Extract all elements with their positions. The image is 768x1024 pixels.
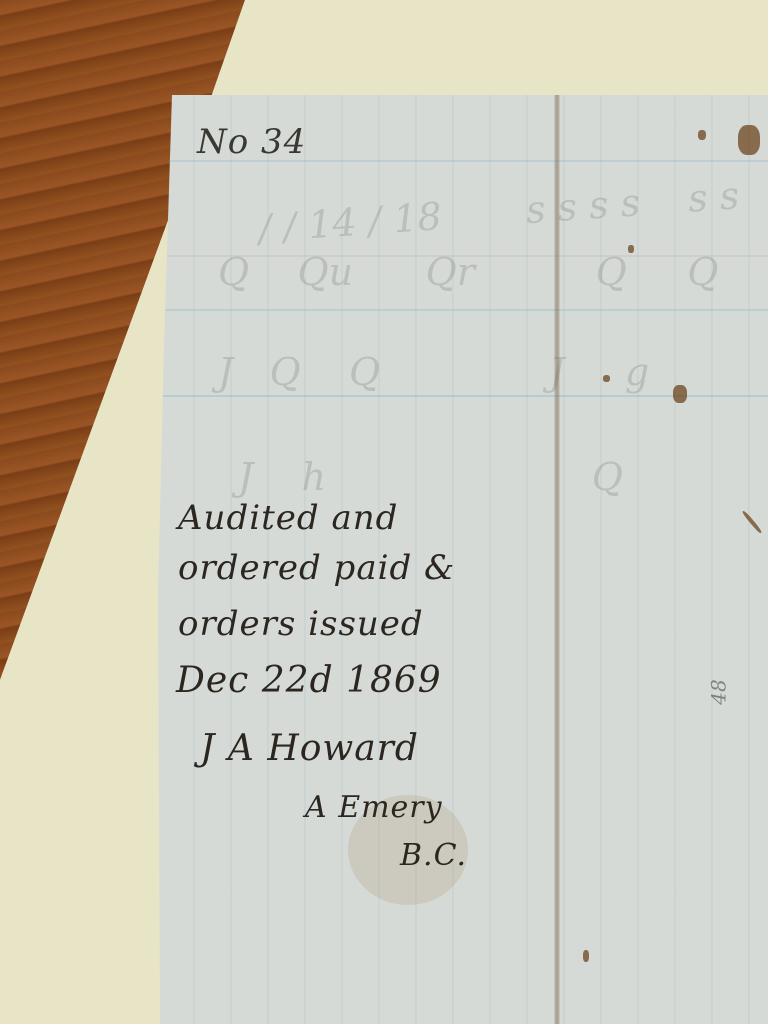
ink-stain: [741, 510, 762, 534]
ink-stain: [673, 385, 687, 403]
ink-stain: [698, 130, 706, 140]
signature-emery: A Emery: [305, 790, 443, 825]
bleed-through-text: / / 14 / 18 s s s s s s: [257, 173, 741, 250]
signature-howard: J A Howard: [200, 728, 419, 769]
signature-title: B.C.: [400, 838, 467, 873]
bleed-through-text: J Q Q J g: [218, 350, 649, 394]
ink-stain: [583, 950, 589, 962]
ink-stain: [603, 375, 610, 382]
margin-note: 48: [707, 679, 731, 704]
endorsement-date: Dec 22d 1869: [176, 660, 442, 701]
endorsement-line-3: orders issued: [178, 604, 424, 644]
endorsement-line-2: ordered paid &: [178, 548, 455, 588]
endorsement-line-1: Audited and: [178, 498, 398, 538]
bleed-through-text: Q Qu Qr Q Q: [218, 250, 718, 294]
ink-stain: [628, 245, 634, 253]
document-number: No 34: [197, 122, 306, 162]
bleed-through-text: J h Q: [238, 455, 623, 499]
ink-stain: [738, 125, 760, 155]
